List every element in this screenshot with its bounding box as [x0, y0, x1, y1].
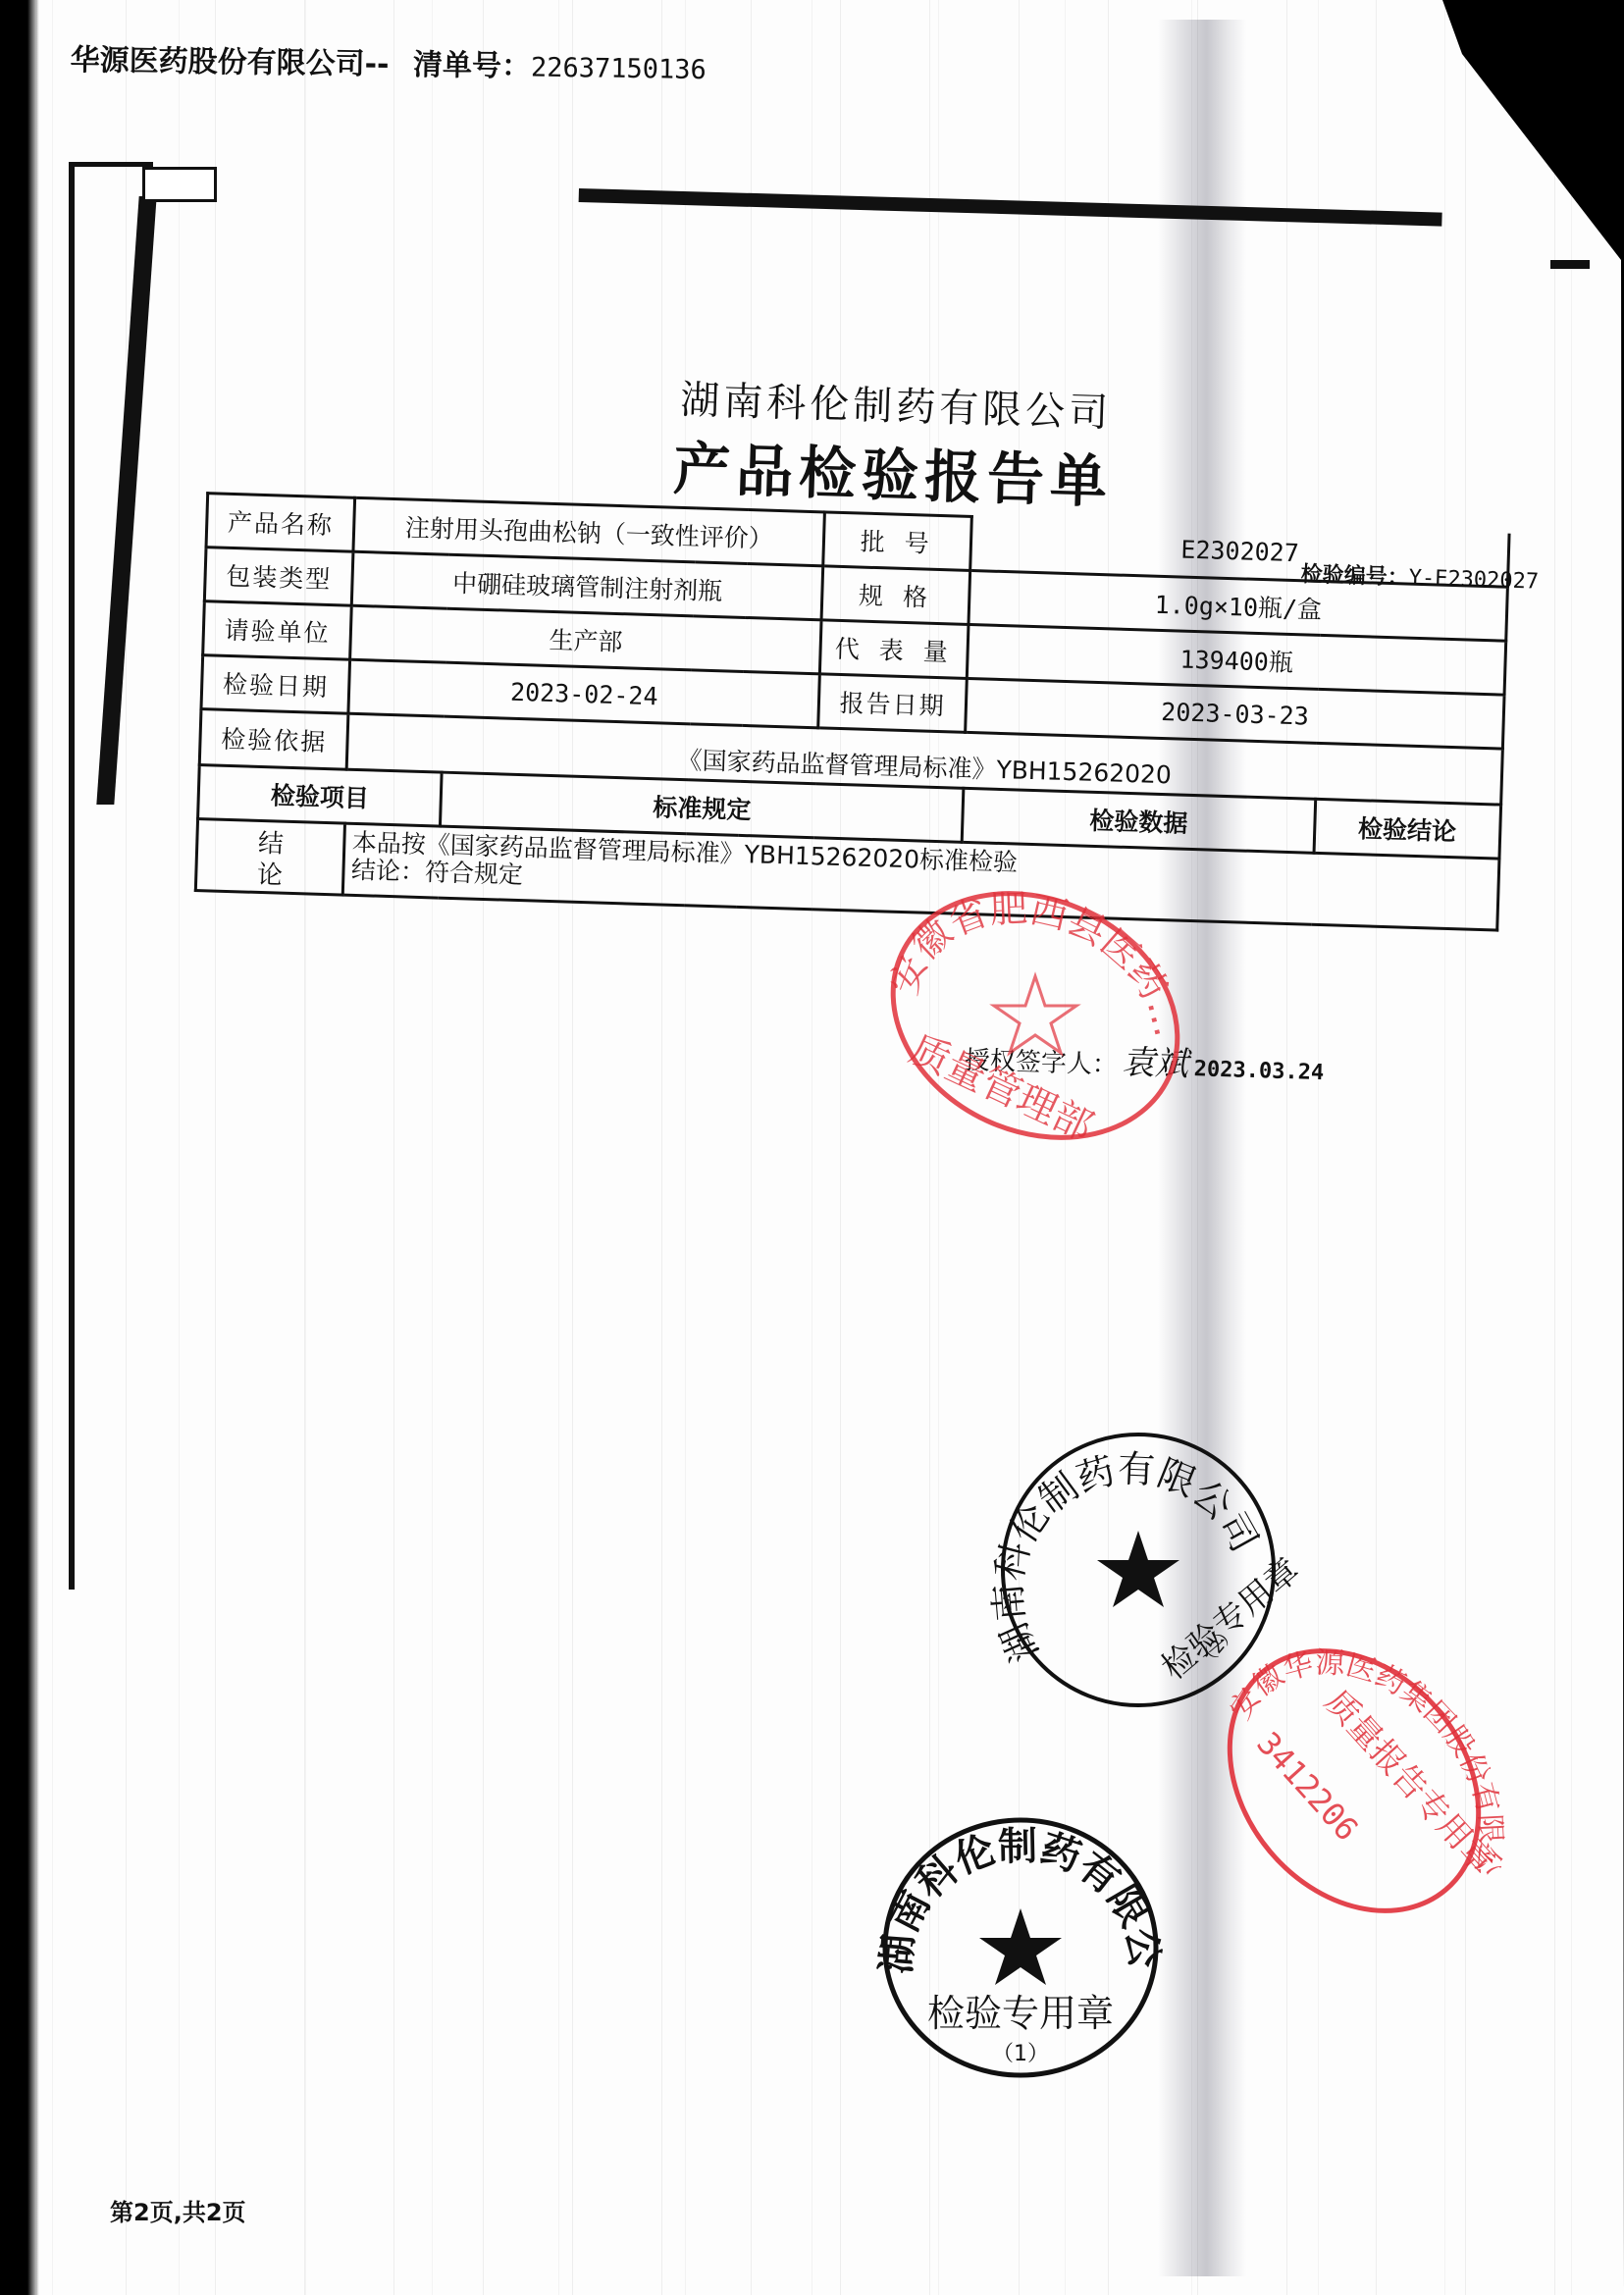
header-line: 华源医药股份有限公司-- 清单号：22637150136 — [70, 35, 707, 87]
test-date-label: 检验日期 — [201, 655, 350, 714]
red-quality-report-stamp: 安徽华源医药集团股份有限公司 质量报告专用章 3412206 — [1207, 1634, 1501, 1932]
fold-bar — [1550, 260, 1590, 269]
batch-no-label: 批 号 — [823, 512, 972, 571]
svg-text:质量管理部: 质量管理部 — [903, 1026, 1100, 1150]
stamp-oval-icon: 安徽省肥西县医药… 质量管理部 — [878, 878, 1202, 1153]
report-date-label: 报告日期 — [818, 674, 968, 733]
black-inspection-stamp-1: 湖南科伦制药有限公司 检验专用章 （1） — [878, 1810, 1163, 2089]
stamp-oval-icon: 安徽华源医药集团股份有限公司 质量报告专用章 3412206 — [1207, 1634, 1501, 1928]
quantity-label: 代 表 量 — [819, 620, 969, 679]
paper-tab — [142, 167, 217, 202]
basis-label: 检验依据 — [199, 709, 348, 770]
header-company: 华源医药股份有限公司-- — [70, 43, 389, 82]
page-footer: 第2页,共2页 — [110, 2193, 246, 2227]
svg-text:检验专用章: 检验专用章 — [927, 1992, 1114, 2035]
report-title: 产品检验报告单 — [672, 423, 1114, 519]
product-name-label: 产品名称 — [206, 494, 355, 552]
spec-label: 规 格 — [821, 566, 970, 625]
stamp-circle-icon: 湖南科伦制药有限公司 检验专用章 （1） — [878, 1810, 1163, 2085]
conclusion-label: 结论 — [195, 819, 345, 896]
scan-edge — [0, 0, 39, 2295]
report-table: 产品名称 注射用头孢曲松钠（一致性评价） 批 号 E2302027 包装类型 中… — [194, 492, 1511, 931]
svg-text:安徽省肥西县医药…: 安徽省肥西县医药… — [882, 887, 1190, 1041]
signature-date: 2023.03.24 — [1193, 1057, 1324, 1085]
list-number: 22637150136 — [531, 53, 707, 85]
item-header: 检验项目 — [198, 765, 443, 827]
svg-text:（1）: （1） — [992, 2042, 1049, 2066]
package-type-label: 包装类型 — [204, 548, 353, 606]
conclusion-header: 检验结论 — [1314, 799, 1501, 859]
inspection-report: 湖南科伦制药有限公司 产品检验报告单 检验编号：Y-E2302027 产品名称 … — [148, 339, 1545, 1165]
red-quality-stamp-oval: 安徽省肥西县医药… 质量管理部 — [878, 878, 1202, 1157]
list-label: 清单号： — [413, 48, 531, 84]
requester-label: 请验单位 — [203, 601, 352, 660]
